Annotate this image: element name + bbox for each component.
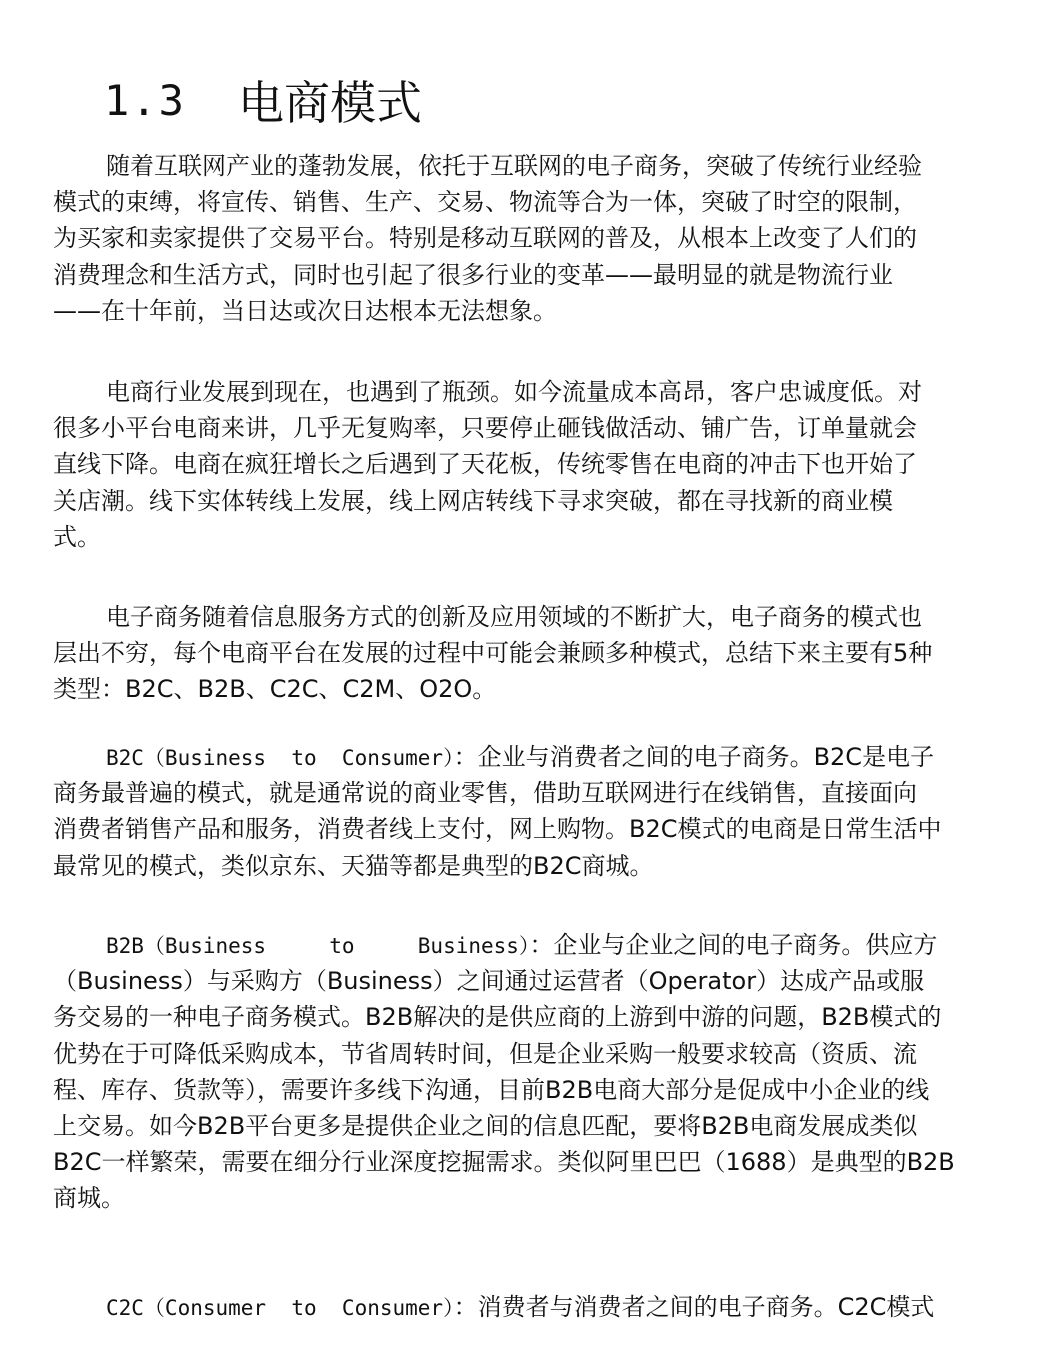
text-line: 电商行业发展到现在，也遇到了瓶颈。如今流量成本高昂，客户忠诚度低。对 <box>53 374 1033 410</box>
term-b2b: B2B（Business to Business） <box>106 934 529 958</box>
text-line: 最常见的模式，类似京东、天猫等都是典型的B2C商城。 <box>53 848 1033 884</box>
text-line: 式。 <box>53 519 1033 555</box>
paragraph-b2b: B2B（Business to Business）：企业与企业之间的电子商务。供… <box>53 927 1033 1217</box>
term-b2c: B2C（Business to Consumer） <box>106 746 454 770</box>
text-line: 类型：B2C、B2B、C2C、C2M、O2O。 <box>53 671 1033 707</box>
term-c2c: C2C（Consumer to Consumer） <box>106 1296 454 1320</box>
text-line: ——在十年前，当日达或次日达根本无法想象。 <box>53 293 1033 329</box>
text-line: B2B（Business to Business）：企业与企业之间的电子商务。供… <box>53 927 1033 963</box>
section-number: 1.3 <box>104 76 238 125</box>
text-line: 商务最普遍的模式，就是通常说的商业零售，借助互联网进行在线销售，直接面向 <box>53 775 1033 811</box>
text-line: 很多小平台电商来讲，几乎无复购率，只要停止砸钱做活动、铺广告，订单量就会 <box>53 410 1033 446</box>
text-line: 电子商务随着信息服务方式的创新及应用领域的不断扩大，电子商务的模式也 <box>53 599 1033 635</box>
text-line: 程、库存、货款等），需要许多线下沟通，目前B2B电商大部分是促成中小企业的线 <box>53 1072 1033 1108</box>
text-line: （Business）与采购方（Business）之间通过运营者（Operator… <box>53 963 1033 999</box>
text-line: 层出不穷，每个电商平台在发展的过程中可能会兼顾多种模式，总结下来主要有5种 <box>53 635 1033 671</box>
paragraph-bottleneck: 电商行业发展到现在，也遇到了瓶颈。如今流量成本高昂，客户忠诚度低。对 很多小平台… <box>53 374 1033 555</box>
document-page: 1.3 电商模式 随着互联网产业的蓬勃发展，依托于互联网的电子商务，突破了传统行… <box>0 0 1060 1351</box>
text-line: 为买家和卖家提供了交易平台。特别是移动互联网的普及，从根本上改变了人们的 <box>53 220 1033 256</box>
text-line: B2C（Business to Consumer）：企业与消费者之间的电子商务。… <box>53 739 1033 775</box>
text-line: 随着互联网产业的蓬勃发展，依托于互联网的电子商务，突破了传统行业经验 <box>53 148 1033 184</box>
paragraph-intro: 随着互联网产业的蓬勃发展，依托于互联网的电子商务，突破了传统行业经验 模式的束缚… <box>53 148 1033 329</box>
text-line: 消费者销售产品和服务，消费者线上支付，网上购物。B2C模式的电商是日常生活中 <box>53 811 1033 847</box>
paragraph-b2c: B2C（Business to Consumer）：企业与消费者之间的电子商务。… <box>53 739 1033 884</box>
text-line: C2C（Consumer to Consumer）：消费者与消费者之间的电子商务… <box>53 1289 1033 1325</box>
text-line: 关店潮。线下实体转线上发展，线上网店转线下寻求突破，都在寻找新的商业模 <box>53 483 1033 519</box>
text-line: 消费理念和生活方式，同时也引起了很多行业的变革——最明显的就是物流行业 <box>53 257 1033 293</box>
paragraph-c2c: C2C（Consumer to Consumer）：消费者与消费者之间的电子商务… <box>53 1289 1033 1325</box>
section-heading: 1.3 电商模式 <box>104 68 422 132</box>
section-title: 电商模式 <box>238 67 422 133</box>
text-line: 优势在于可降低采购成本，节省周转时间，但是企业采购一般要求较高（资质、流 <box>53 1036 1033 1072</box>
text-line: 直线下降。电商在疯狂增长之后遇到了天花板，传统零售在电商的冲击下也开始了 <box>53 446 1033 482</box>
text-line: 务交易的一种电子商务模式。B2B解决的是供应商的上游到中游的问题，B2B模式的 <box>53 999 1033 1035</box>
text-line: 上交易。如今B2B平台更多是提供企业之间的信息匹配，要将B2B电商发展成类似 <box>53 1108 1033 1144</box>
text-line: 模式的束缚，将宣传、销售、生产、交易、物流等合为一体，突破了时空的限制， <box>53 184 1033 220</box>
paragraph-models-overview: 电子商务随着信息服务方式的创新及应用领域的不断扩大，电子商务的模式也 层出不穷，… <box>53 599 1033 708</box>
text-line: 商城。 <box>53 1180 1033 1216</box>
text-line: B2C一样繁荣，需要在细分行业深度挖掘需求。类似阿里巴巴（1688）是典型的B2… <box>53 1144 1033 1180</box>
